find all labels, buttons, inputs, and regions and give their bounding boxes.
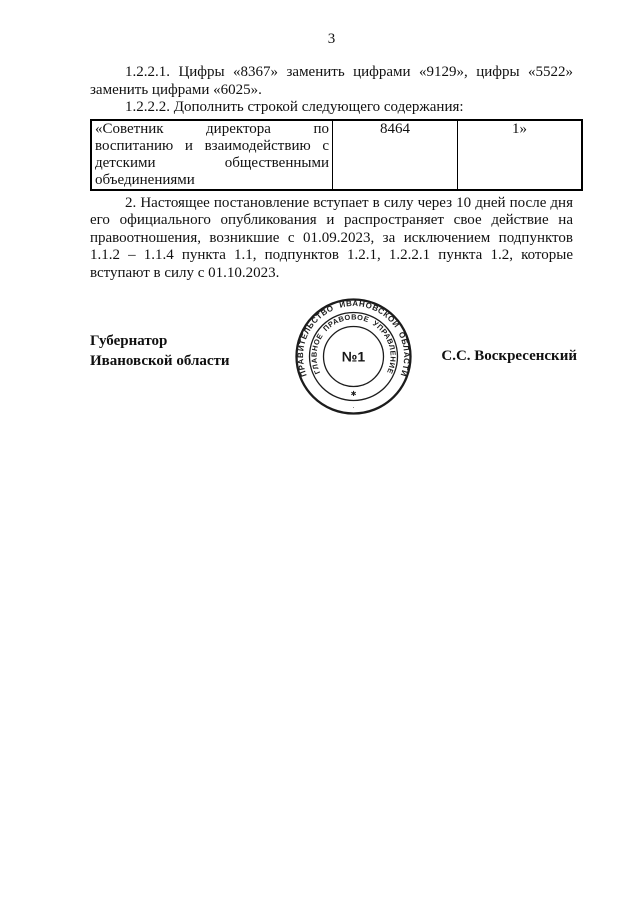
stamp-number-text: №1 [342,349,366,365]
signature-position-line1: Губернатор [90,331,230,351]
document-body: 1.2.2.1. Цифры «8367» заменить цифрами «… [90,64,573,282]
signature-position-block: Губернатор Ивановской области [90,331,230,371]
page-number: 3 [90,31,573,48]
stamp-outer-separator: · [352,405,354,412]
stamp-inner-ring-text: ГЛАВНОЕ ПРАВОВОЕ УПРАВЛЕНИЕ [309,312,397,375]
table-cell-rate: 1» [458,120,583,190]
table-cell-salary: 8464 [333,120,458,190]
amendment-table: «Советник директора по воспитанию и взаи… [90,119,583,191]
document-page: 3 1.2.2.1. Цифры «8367» заменить цифрами… [0,0,640,905]
paragraph-1-2-2-1: 1.2.2.1. Цифры «8367» заменить цифрами «… [90,64,573,99]
paragraph-2: 2. Настоящее постановление вступает в си… [90,195,573,283]
official-round-stamp: ПРАВИТЕЛЬСТВО ИВАНОВСКОЙ ОБЛАСТИ ГЛАВНОЕ… [293,296,414,417]
table-cell-position-title: «Советник директора по воспитанию и взаи… [91,120,333,190]
table-row: «Советник директора по воспитанию и взаи… [91,120,582,190]
stamp-inner-separator: ✱ [351,390,357,398]
signature-name: С.С. Воскресенский [441,348,577,365]
paragraph-1-2-2-2: 1.2.2.2. Дополнить строкой следующего со… [90,99,573,117]
stamp-icon: ПРАВИТЕЛЬСТВО ИВАНОВСКОЙ ОБЛАСТИ ГЛАВНОЕ… [293,296,414,417]
signature-position-line2: Ивановской области [90,351,230,371]
